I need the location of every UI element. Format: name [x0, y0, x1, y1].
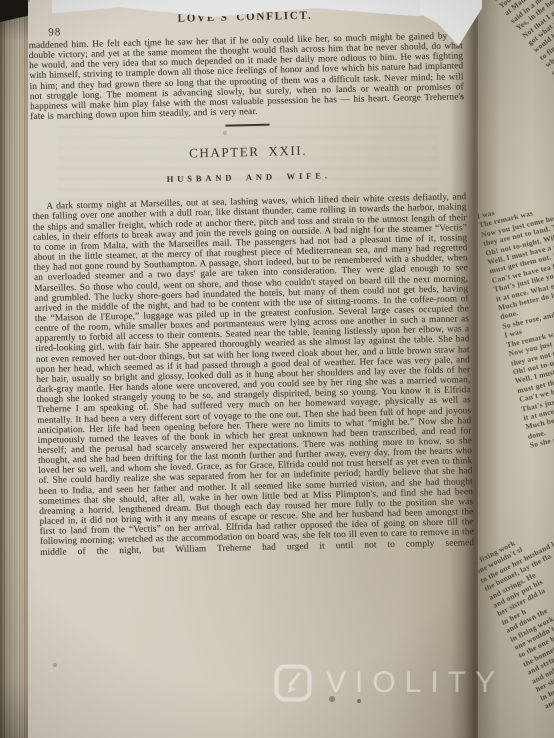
watermark: VIOLITY [274, 664, 504, 702]
page-text-block: LOVE'S CONFLICT. 98 maddened him. He fel… [28, 0, 475, 558]
section-divider-rule [225, 124, 269, 127]
left-page: LOVE'S CONFLICT. 98 maddened him. He fel… [28, 0, 480, 738]
chapter-body-paragraph: A dark stormy night at Marseilles, out a… [32, 192, 474, 557]
right-page: where were my fcame from hesearching for… [478, 0, 554, 738]
chapter-heading: CHAPTER XXII. [31, 139, 465, 165]
watermark-text: VIOLITY [326, 664, 504, 702]
right-page-text-top: where were my fcame from hesearching for… [478, 0, 554, 159]
open-book-photo: LOVE'S CONFLICT. 98 maddened him. He fel… [0, 0, 554, 738]
fore-edge-shading [0, 0, 30, 738]
right-page-text-middle: I wasThe remark wasNow you just come her… [478, 176, 554, 450]
continued-paragraph: maddened him. He felt each time he saw h… [29, 31, 465, 122]
shovel-logo-icon [274, 664, 312, 702]
page-number: 98 [48, 26, 61, 38]
book-fore-edge [0, 0, 30, 738]
chapter-subtitle: HUSBAND AND WIFE. [32, 167, 466, 187]
